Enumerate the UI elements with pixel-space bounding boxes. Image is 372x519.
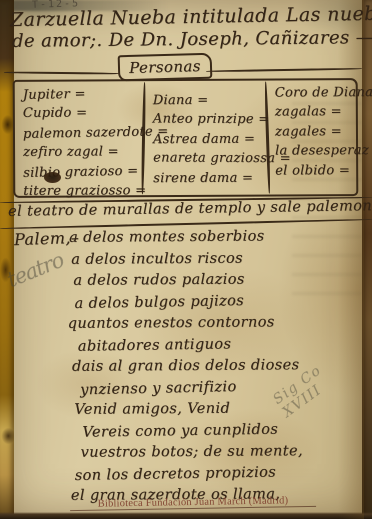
verse-line: quantos enestos contornos [68, 312, 302, 335]
cast-entry: Cupido = [23, 103, 169, 123]
cast-entry: zagales = [275, 122, 372, 142]
personas-cartouche: Personas [118, 53, 213, 82]
ink-blot [44, 172, 61, 183]
left-tape-repair [0, 0, 14, 519]
cast-entry: el olbido = [275, 161, 372, 181]
cast-entry: zefiro zagal = [23, 142, 169, 162]
cast-entry: Diana = [153, 90, 291, 110]
cast-entry: Jupiter = [23, 83, 169, 105]
cast-entry: Anteo prinzipe = [153, 110, 291, 130]
verse-line: a delos montes soberbios [69, 226, 301, 249]
verse-line: ynzienso y sacrifizio [80, 375, 303, 401]
cast-entry: Coro de Diana [275, 83, 372, 103]
personas-header: Personas [129, 57, 201, 77]
bottom-page-edge [0, 512, 372, 519]
verse-line: a delos incultos riscos [71, 248, 301, 271]
verse-line: abitadores antiguos [78, 333, 303, 358]
cast-entry: Astrea dama = [153, 129, 291, 149]
manuscript-page-scan: T-12-5 Zarzuella Nueba intitulada Las nu… [0, 0, 372, 519]
verse-line: a delos bulgos pajizos [74, 290, 302, 315]
cast-entry: palemon sazerdote = [23, 122, 169, 144]
cast-entry: titere graziosso = [23, 181, 169, 201]
verse-line: Vereis como ya cunplidos [82, 419, 303, 444]
verse-line: vuestros botos; de su mente, [81, 441, 303, 464]
cast-column-3: Coro de Diana zagalas = zagales = la des… [275, 83, 372, 181]
title-line-2: de amor;. De Dn. Joseph, Cañizares —— [12, 27, 362, 52]
verse-line: Venid amigos, Venid [74, 398, 302, 421]
verse-line: son los decretos propizios [75, 461, 304, 486]
cast-entry: enareta graziossa = [153, 149, 291, 169]
cast-entry: sirene dama = [153, 168, 291, 188]
cast-table: Jupiter = Cupido = palemon sazerdote = z… [13, 78, 359, 198]
verse-block: a delos montes soberbios a delos inculto… [69, 226, 303, 507]
verse-line: a delos rudos palazios [73, 269, 301, 292]
cast-entry: la desesperaz [275, 141, 372, 161]
cast-column-2: Diana = Anteo prinzipe = Astrea dama = e… [153, 90, 291, 188]
verse-line: dais al gran dios delos dioses [72, 355, 302, 378]
rule-left-of-personas [4, 71, 119, 74]
cast-entry: zagalas = [275, 102, 372, 122]
cast-column-1: Jupiter = Cupido = palemon sazerdote = z… [23, 84, 169, 201]
